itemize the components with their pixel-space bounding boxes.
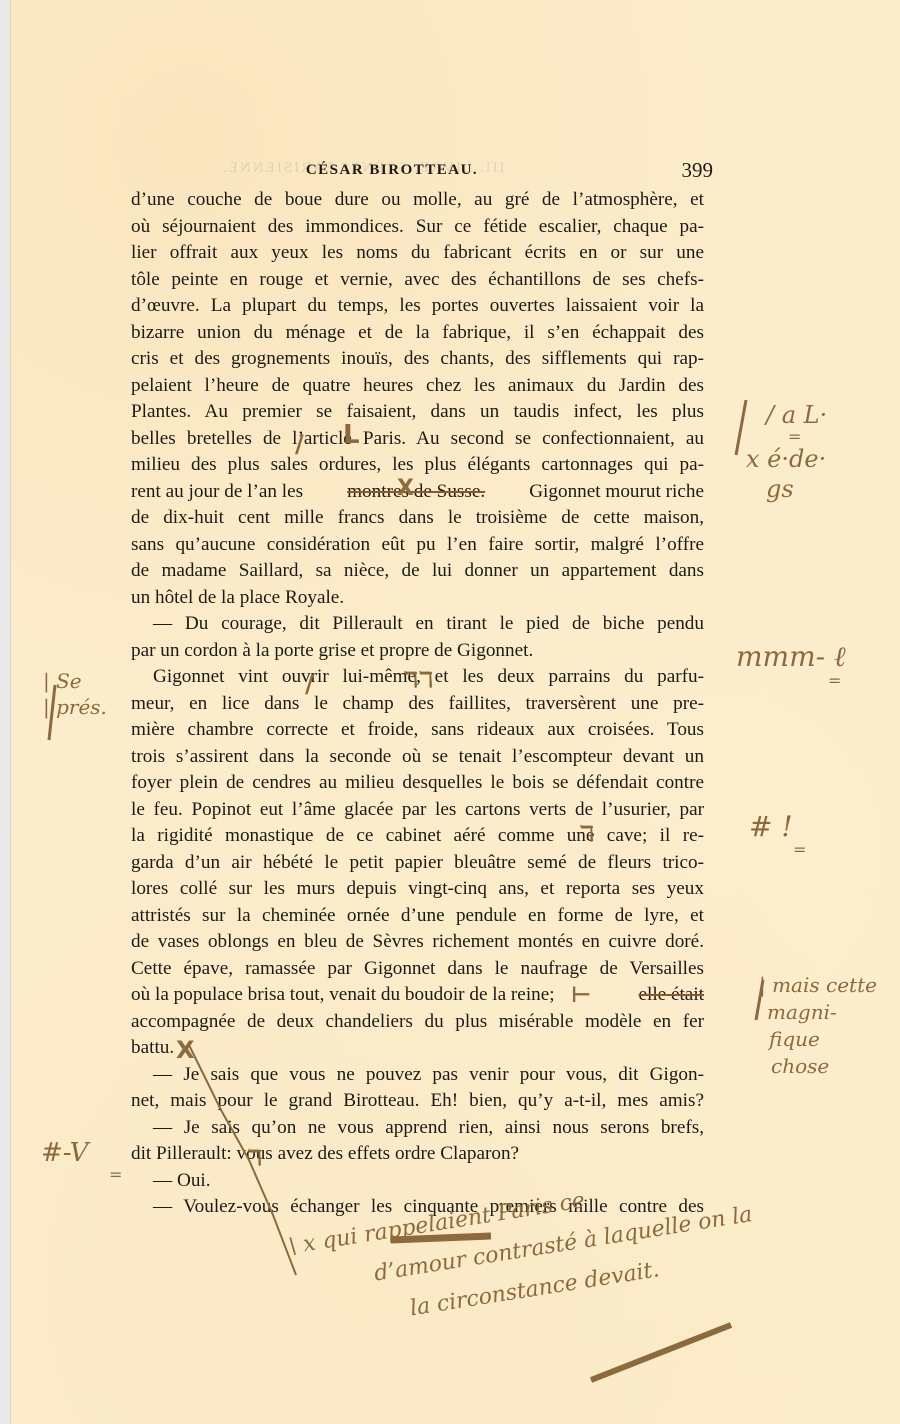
text-line: — Je sais que vous ne pouvez pas venir p…	[131, 1062, 704, 1089]
text-line: d’œuvre. La plupart du temps, les portes…	[131, 293, 704, 320]
annotation-text: #-V	[41, 1138, 88, 1168]
text-line: sans qu’aucune considération eût pu l’en…	[131, 532, 704, 559]
text-segment: où la populace brisa tout, venait du bou…	[131, 982, 555, 1009]
text-line: de vases oblongs en bleu de Sèvres riche…	[131, 929, 704, 956]
annotation-right-4: | mais cette magni- fique chose	[759, 972, 877, 1080]
annotation-right-3: # ! =	[749, 810, 806, 857]
annotation-line: gs	[766, 474, 827, 504]
text-line: trois s’assirent dans la seconde où se t…	[131, 744, 704, 771]
text-line: de madame Saillard, sa nièce, de lui don…	[131, 558, 704, 585]
annotation-line: x é·de·	[746, 444, 827, 474]
annotation-line: chose	[759, 1053, 877, 1080]
proof-mark-battu: X	[176, 1036, 195, 1064]
text-line: meur, en lice dans le champ des faillite…	[131, 691, 704, 718]
annotation-line: | prés.	[43, 694, 107, 720]
proof-mark-article: /	[295, 430, 304, 458]
text-line: d’une couche de boue dure ou molle, au g…	[131, 187, 704, 214]
annotation-right-1: / a L· = x é·de· gs	[766, 400, 827, 504]
proof-mark-susse: X	[397, 476, 414, 501]
annotation-left-2: #-V =	[41, 1138, 122, 1182]
proof-mark-cave: ℸ	[579, 822, 594, 847]
text-line: net, mais pour le grand Birotteau. Eh! b…	[131, 1088, 704, 1115]
text-line: bizarre union du ménage et de la fabriqu…	[131, 320, 704, 347]
annotation-text: # !	[749, 810, 793, 843]
body-text: d’une couche de boue dure ou molle, au g…	[131, 187, 704, 1221]
text-line: de dix-huit cent mille francs dans le tr…	[131, 505, 704, 532]
annotation-sub: =	[749, 843, 806, 857]
text-line: Plantes. Au premier se faisaient, dans u…	[131, 399, 704, 426]
proof-mark-et: ℸℸ	[403, 668, 433, 693]
text-line: tôle peinte en rouge et vernie, avec des…	[131, 267, 704, 294]
proof-mark-ouvrir: /	[305, 670, 314, 698]
text-line: la rigidité monastique de ce cabinet aér…	[131, 823, 704, 850]
text-line: dit Pillerault: vous avez des effets ord…	[131, 1141, 704, 1168]
text-line: un hôtel de la place Royale.	[131, 585, 704, 612]
text-line: attristés sur la cheminée ornée d’une pe…	[131, 903, 704, 930]
text-line: lores collé sur les murs depuis vingt-ci…	[131, 876, 704, 903]
annotation-sub: =	[736, 674, 846, 688]
text-line: garda d’un air hébété le petit papier bl…	[131, 850, 704, 877]
text-line: le feu. Popinot eut l’âme glacée par les…	[131, 797, 704, 824]
text-line: lier offrait aux yeux les noms du fabric…	[131, 240, 704, 267]
annotation-right-2: ттт- ℓ =	[736, 640, 846, 688]
text-line-with-strike: rent au jour de l’an les montres de Suss…	[131, 479, 704, 506]
text-line: mière chambre correcte et froide, sans r…	[131, 717, 704, 744]
text-line: où séjournaient des immondices. Sur ce f…	[131, 214, 704, 241]
text-line: milieu des plus sales ordures, les plus …	[131, 452, 704, 479]
annotation-left-1: | Se | prés.	[43, 668, 107, 720]
struck-text: montres de Susse.	[347, 479, 485, 506]
page-header: CÉSAR BIROTTEAU. 399	[141, 158, 713, 184]
annotation-line: magni-	[759, 999, 877, 1026]
text-line: — Je sais qu’on ne vous apprend rien, ai…	[131, 1115, 704, 1142]
text-line: battu.	[131, 1035, 704, 1062]
annotation-text: ттт- ℓ	[736, 640, 846, 673]
struck-text: elle était	[638, 982, 704, 1009]
text-line-with-strike: où la populace brisa tout, venait du bou…	[131, 982, 704, 1009]
annotation-line: fique	[759, 1026, 877, 1053]
page-number: 399	[682, 158, 714, 183]
text-line: par un cordon à la porte grise et propre…	[131, 638, 704, 665]
proof-mark-elle: ⊢	[571, 983, 591, 1008]
text-line: Cette épave, ramassée par Gigonnet dans …	[131, 956, 704, 983]
annotation-sub: =	[41, 1168, 122, 1182]
annotation-line: / a L·	[766, 400, 827, 430]
proof-mark-paris: L	[343, 420, 360, 450]
text-segment: rent au jour de l’an les	[131, 479, 303, 506]
text-line: accompagnée de deux chandeliers du plus …	[131, 1009, 704, 1036]
text-line: foyer plein de cendres au milieu desquel…	[131, 770, 704, 797]
annotation-line: | Se	[43, 668, 107, 694]
annotation-line: =	[766, 430, 827, 444]
text-line: pelaient l’heure de quatre heures chez l…	[131, 373, 704, 400]
annotation-line: | mais cette	[759, 972, 877, 999]
text-line: cris et des grognements inouïs, des chan…	[131, 346, 704, 373]
proof-mark-pillerault: ℸ	[247, 1146, 262, 1171]
scanned-book-page: III. LIVRE, SCÈNES PARISIENNE. CÉSAR BIR…	[10, 0, 900, 1424]
text-segment: Gigonnet mourut riche	[529, 479, 704, 506]
text-line: belles bretelles de l’article Paris. Au …	[131, 426, 704, 453]
text-line: — Du courage, dit Pillerault en tirant l…	[131, 611, 704, 638]
running-title: CÉSAR BIROTTEAU.	[106, 162, 678, 179]
